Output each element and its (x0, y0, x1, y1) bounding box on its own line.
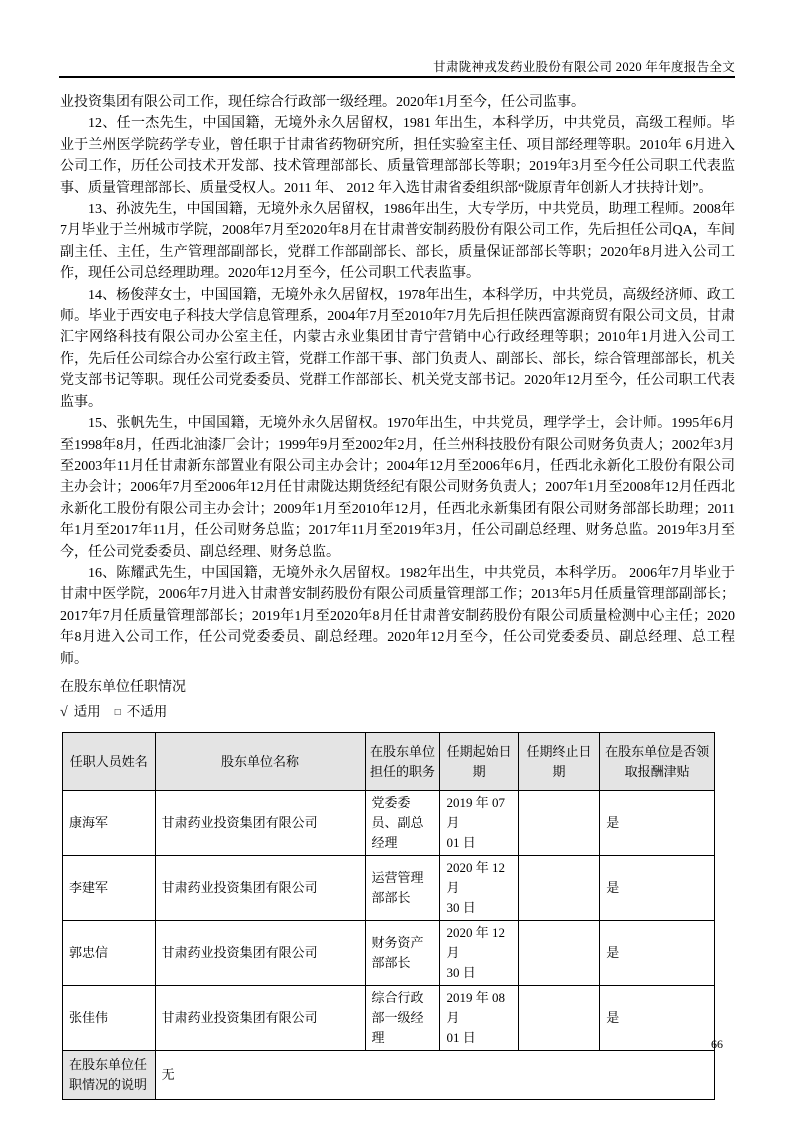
table-header-cell-5: 在股东单位是否领取报酬津贴 (600, 733, 715, 791)
paragraph-5: 16、陈耀武先生，中国国籍，无境外永久居留权。1982年出生，中共党员，本科学历… (60, 563, 735, 670)
table-header-cell-4: 任期终止日期 (518, 733, 600, 791)
checkbox-empty-icon: □ (115, 707, 121, 718)
paragraph-3: 14、杨俊萍女士，中国国籍，无境外永久居留权，1978年出生，本科学历，中共党员… (60, 285, 735, 413)
table-row-1: 李建军甘肃药业投资集团有限公司运营管理部部长2020 年 12 月 30 日是 (63, 856, 715, 921)
table-cell: 党委委员、副总经理 (365, 791, 440, 856)
biography-paragraphs: 业投资集团有限公司工作，现任综合行政部一级经理。2020年1月至今，任公司监事。… (60, 92, 735, 670)
table-header-cell-0: 任职人员姓名 (63, 733, 156, 791)
table-cell: 甘肃药业投资集团有限公司 (155, 921, 365, 986)
paragraph-2: 13、孙波先生，中国国籍，无境外永久居留权，1986年出生，大专学历，中共党员，… (60, 199, 735, 285)
section-title: 在股东单位任职情况 (60, 677, 735, 698)
paragraph-4: 15、张帆先生，中国国籍，无境外永久居留权。1970年出生，中共党员，理学学士，… (60, 413, 735, 563)
table-cell: 是 (600, 791, 715, 856)
report-header-title: 甘肃陇神戎发药业股份有限公司 2020 年年度报告全文 (433, 57, 735, 75)
shareholder-positions-table: 任职人员姓名股东单位名称在股东单位担任的职务任期起始日期任期终止日期在股东单位是… (62, 732, 715, 1100)
note-label-cell: 在股东单位任职情况的说明 (63, 1051, 156, 1100)
table-cell (518, 986, 600, 1051)
table-note-row: 在股东单位任职情况的说明无 (63, 1051, 715, 1100)
table-header-cell-2: 在股东单位担任的职务 (365, 733, 440, 791)
table-cell: 甘肃药业投资集团有限公司 (155, 986, 365, 1051)
report-page: 甘肃陇神戎发药业股份有限公司 2020 年年度报告全文 业投资集团有限公司工作，… (0, 0, 793, 1122)
table-header-cell-3: 任期起始日期 (440, 733, 518, 791)
table-row-2: 郭忠信甘肃药业投资集团有限公司财务资产部部长2020 年 12 月 30 日是 (63, 921, 715, 986)
table-cell (518, 791, 600, 856)
table-cell: 2019 年 07 月 01 日 (440, 791, 518, 856)
table-cell: 张佳伟 (63, 986, 156, 1051)
document-body: 业投资集团有限公司工作，现任综合行政部一级经理。2020年1月至今，任公司监事。… (60, 92, 735, 1100)
table-cell: 财务资产部部长 (365, 921, 440, 986)
table-row-0: 康海军甘肃药业投资集团有限公司党委委员、副总经理2019 年 07 月 01 日… (63, 791, 715, 856)
header-divider (59, 76, 735, 78)
table-cell: 综合行政部一级经理 (365, 986, 440, 1051)
table-cell: 甘肃药业投资集团有限公司 (155, 856, 365, 921)
note-value-cell: 无 (155, 1051, 714, 1100)
check-mark-icon: √ (60, 705, 68, 720)
table-cell: 运营管理部部长 (365, 856, 440, 921)
table-cell: 2019 年 08 月 01 日 (440, 986, 518, 1051)
table-cell: 是 (600, 921, 715, 986)
applicable-selector: √适用□不适用 (60, 701, 735, 723)
applicable-label: 适用 (74, 704, 101, 719)
paragraph-0: 业投资集团有限公司工作，现任综合行政部一级经理。2020年1月至今，任公司监事。 (60, 92, 735, 113)
paragraph-1: 12、任一杰先生，中国国籍，无境外永久居留权，1981 年出生，本科学历，中共党… (60, 113, 735, 199)
table-cell: 郭忠信 (63, 921, 156, 986)
table-row-3: 张佳伟甘肃药业投资集团有限公司综合行政部一级经理2019 年 08 月 01 日… (63, 986, 715, 1051)
table-cell: 是 (600, 986, 715, 1051)
not-applicable-label: 不适用 (127, 704, 168, 719)
table-header-row: 任职人员姓名股东单位名称在股东单位担任的职务任期起始日期任期终止日期在股东单位是… (63, 733, 715, 791)
table-cell: 2020 年 12 月 30 日 (440, 921, 518, 986)
table-cell: 李建军 (63, 856, 156, 921)
table-cell (518, 856, 600, 921)
table-cell: 康海军 (63, 791, 156, 856)
table-cell: 是 (600, 856, 715, 921)
table-cell (518, 921, 600, 986)
table-cell: 2020 年 12 月 30 日 (440, 856, 518, 921)
page-number: 66 (711, 1037, 723, 1052)
table-cell: 甘肃药业投资集团有限公司 (155, 791, 365, 856)
table-header-cell-1: 股东单位名称 (155, 733, 365, 791)
